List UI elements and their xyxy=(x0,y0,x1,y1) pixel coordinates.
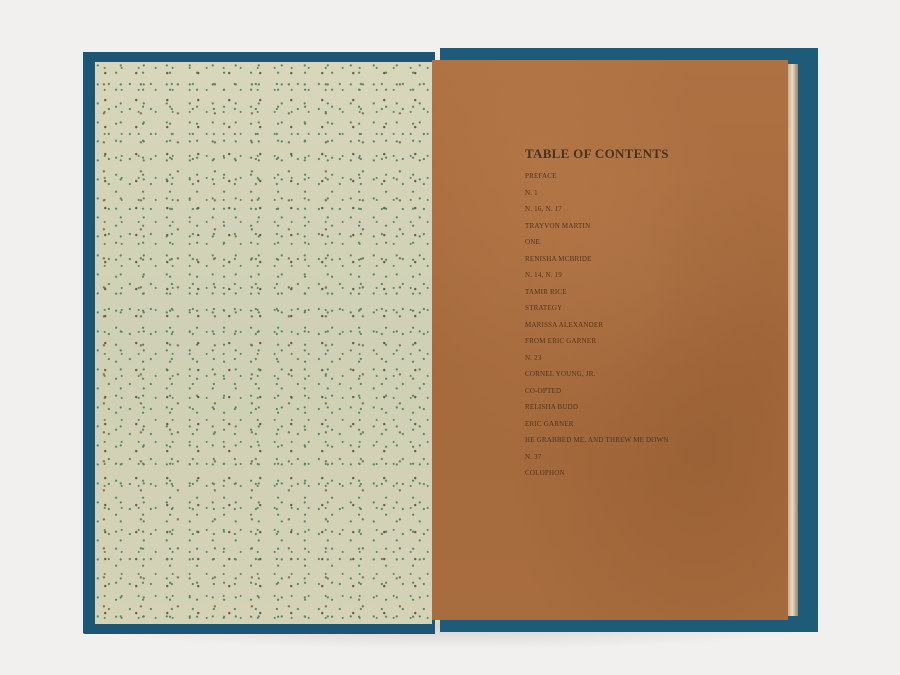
toc-item: FROM ERIC GARNER xyxy=(525,333,785,350)
toc-item: HE GRABBED ME, AND THREW ME DOWN xyxy=(525,432,785,449)
toc-item: PREFACE xyxy=(525,168,785,185)
toc-item: ERIC GARNER xyxy=(525,416,785,433)
toc-item: N. 23 xyxy=(525,350,785,367)
toc-item: STRATEGY xyxy=(525,300,785,317)
toc-item: N. 1 xyxy=(525,185,785,202)
toc-title: TABLE OF CONTENTS xyxy=(525,146,785,162)
toc-item: RELISHA BUDD xyxy=(525,399,785,416)
left-endpaper xyxy=(95,62,432,624)
toc-item: N. 14, N. 19 xyxy=(525,267,785,284)
toc-item: N. 37 xyxy=(525,449,785,466)
toc-list: PREFACE N. 1 N. 16, N. 17 TRAYVON MARTIN… xyxy=(525,168,785,482)
toc-item: ONE xyxy=(525,234,785,251)
toc-item: CO-OPTED xyxy=(525,383,785,400)
toc-item: MARISSA ALEXANDER xyxy=(525,317,785,334)
toc-item: COLOPHON xyxy=(525,465,785,482)
toc-item: RENISHA MCBRIDE xyxy=(525,251,785,268)
toc-item: CORNEL YOUNG, JR. xyxy=(525,366,785,383)
toc-item: N. 16, N. 17 xyxy=(525,201,785,218)
table-of-contents: TABLE OF CONTENTS PREFACE N. 1 N. 16, N.… xyxy=(525,146,785,482)
toc-item: TAMIR RICE xyxy=(525,284,785,301)
toc-item: TRAYVON MARTIN xyxy=(525,218,785,235)
